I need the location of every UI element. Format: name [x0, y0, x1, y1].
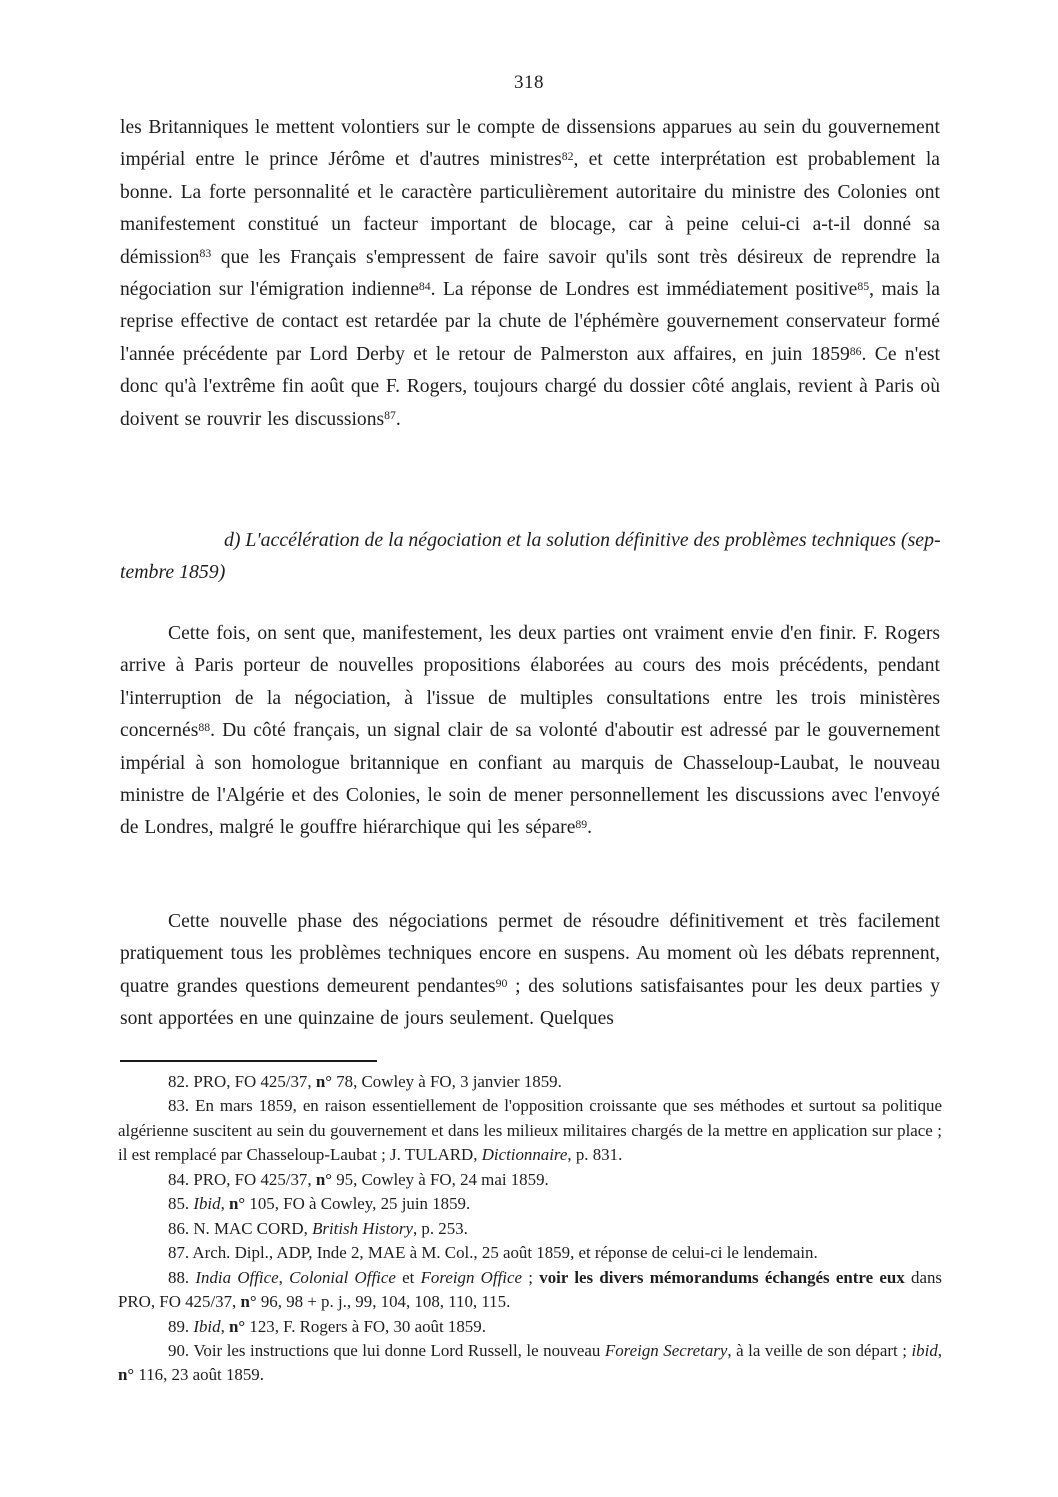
footnote-87: 87. Arch. Dipl., ADP, Inde 2, MAE à M. C… — [118, 1241, 942, 1265]
bold-text: n° — [229, 1194, 245, 1213]
bold-text: voir les divers mémorandums échangés ent… — [539, 1268, 905, 1287]
italic-text: Dictionnaire — [482, 1145, 568, 1164]
footnote-89: 89. Ibid, n° 123, F. Rogers à FO, 30 aoû… — [118, 1315, 942, 1339]
footnote-84: 84. PRO, FO 425/37, n° 95, Cowley à FO, … — [118, 1168, 942, 1192]
footnote-83: 83. En mars 1859, en raison essentiellem… — [118, 1094, 942, 1167]
italic-text: British History — [312, 1219, 413, 1238]
footnote-marker: 84 — [419, 280, 431, 293]
footnote-82: 82. PRO, FO 425/37, n° 78, Cowley à FO, … — [118, 1070, 942, 1094]
footnote-marker: 90 — [496, 977, 508, 990]
footnote-90: 90. Voir les instructions que lui donne … — [118, 1339, 942, 1388]
italic-text: ibid — [911, 1341, 937, 1360]
footnote-marker: 86 — [850, 345, 862, 358]
scanned-document-page: 318 les Britanniques le mettent volontie… — [0, 0, 1058, 1497]
bold-text: n° — [229, 1317, 245, 1336]
footnote-marker: 88 — [198, 721, 210, 734]
italic-text: Foreign Secretary — [605, 1341, 727, 1360]
italic-text: Ibid — [193, 1317, 220, 1336]
body-paragraph-continuation: les Britanniques le mettent volontiers s… — [120, 112, 940, 436]
footnote-marker: 85 — [857, 280, 869, 293]
footnote-marker: 83 — [199, 247, 211, 260]
bold-text: n° — [316, 1170, 332, 1189]
footnote-marker: 87 — [384, 409, 396, 422]
section-heading: d) L'accélération de la négociation et l… — [120, 524, 948, 589]
footnote-86: 86. N. MAC CORD, British History, p. 253… — [118, 1217, 942, 1241]
footnote-88: 88. India Office, Colonial Office et For… — [118, 1266, 942, 1315]
page-number: 318 — [0, 72, 1058, 94]
bold-text: n° — [240, 1292, 256, 1311]
body-paragraph-3: Cette nouvelle phase des négociations pe… — [120, 906, 940, 1036]
footnotes-section: 82. PRO, FO 425/37, n° 78, Cowley à FO, … — [118, 1070, 942, 1388]
bold-text: n° — [118, 1365, 134, 1384]
italic-text: Foreign Office — [421, 1268, 522, 1287]
bold-text: n° — [316, 1072, 332, 1091]
italic-text: India Office — [195, 1268, 278, 1287]
footnote-marker: 89 — [575, 818, 587, 831]
italic-text: Ibid — [193, 1194, 220, 1213]
footnote-marker: 82 — [562, 150, 574, 163]
footnote-separator — [120, 1060, 377, 1062]
italic-text: d) L'accélération de la négociation et l… — [120, 529, 941, 583]
footnote-85: 85. Ibid, n° 105, FO à Cowley, 25 juin 1… — [118, 1192, 942, 1216]
body-paragraph-2: Cette fois, on sent que, manifestement, … — [120, 618, 940, 845]
italic-text: Colonial Office — [289, 1268, 396, 1287]
